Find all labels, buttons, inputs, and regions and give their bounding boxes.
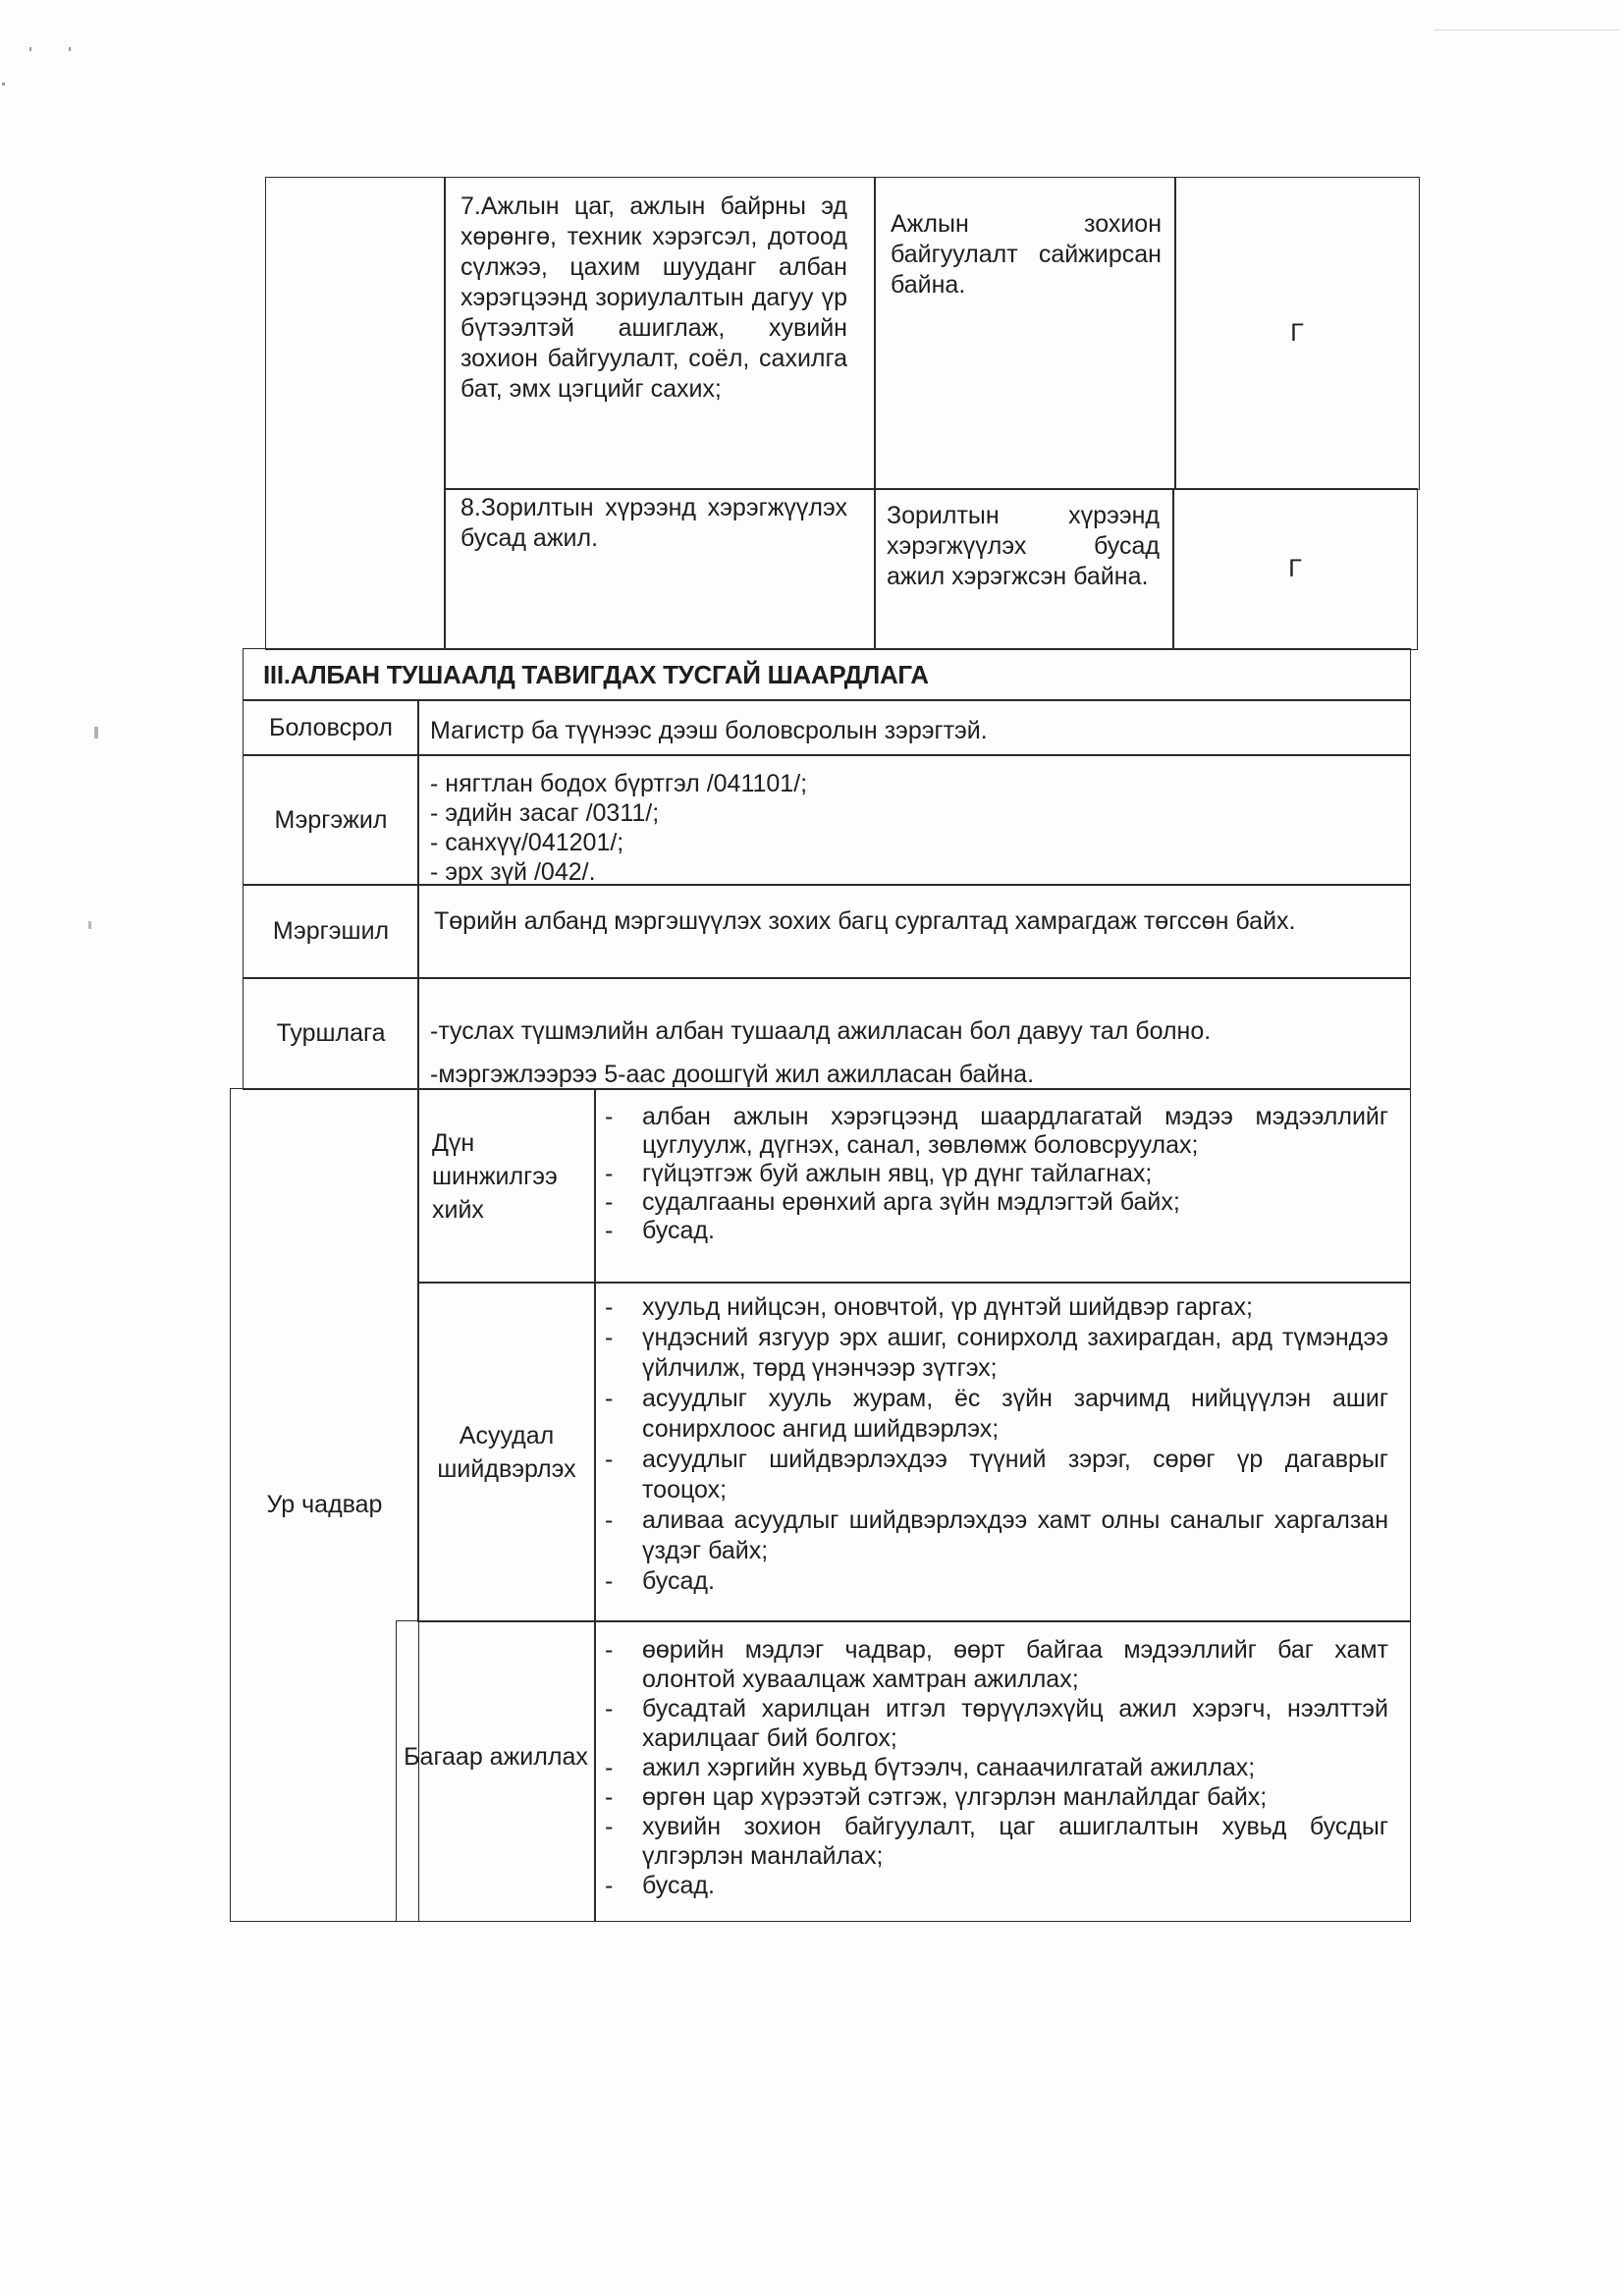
skill-item: өргөн цар хүрээтэй сэтгэж, үлгэрлэн манл… <box>595 1782 1388 1812</box>
skill-group-problem-solving-label: Асуудал шийдвэрлэх <box>417 1282 596 1622</box>
skill-item: бусад. <box>595 1217 1388 1245</box>
section-3-heading-cell: III.АЛБАН ТУШААЛД ТАВИГДАХ ТУСГАЙ ШААРДЛ… <box>243 648 1411 701</box>
scan-speck <box>29 47 31 51</box>
experience-label: Туршлага <box>243 977 419 1090</box>
skill-item: бусадтай харилцан итгэл төрүүлэхүйц ажил… <box>595 1694 1388 1753</box>
skill-item: үндэсний язгуур эрх ашиг, сонирхолд захи… <box>595 1323 1388 1384</box>
skill-group-analysis-label: Дүн шинжилгээ хийх <box>417 1088 596 1284</box>
section-3-title: III.АЛБАН ТУШААЛД ТАВИГДАХ ТУСГАЙ ШААРДЛ… <box>263 660 929 690</box>
profession-label: Мэргэжил <box>243 754 419 886</box>
scan-line <box>1434 29 1620 30</box>
skill-item: судалгааны ерөнхий арга зүйн мэдлэгтэй б… <box>595 1188 1388 1217</box>
scan-speck <box>69 47 71 51</box>
profession-item: - эрх зүй /042/. <box>430 857 1398 887</box>
experience-list: -туслах түшмэлийн албан тушаалд ажилласа… <box>417 977 1411 1090</box>
duty-result-8: Зорилтын хүрээнд хэрэгжүүлэх бусад ажил … <box>874 488 1174 650</box>
duty-task-8: 8.Зорилтын хүрээнд хэрэгжүүлэх бусад ажи… <box>444 488 876 650</box>
profession-item: - нягтлан бодох бүртгэл /041101/; <box>430 769 1398 798</box>
scan-speck <box>88 921 91 929</box>
skill-group-teamwork-label: Багаар ажиллах <box>396 1620 596 1922</box>
skill-item: өөрийн мэдлэг чадвар, өөрт байгаа мэдээл… <box>595 1635 1388 1694</box>
skill-item: албан ажлын хэрэгцээнд шаардлагатай мэдэ… <box>595 1103 1388 1160</box>
skill-item: бусад. <box>595 1871 1388 1900</box>
duty-grade-8: Г <box>1172 488 1418 650</box>
qualification-value: Төрийн албанд мэргэшүүлэх зохих багц сур… <box>417 884 1411 979</box>
qualification-label: Мэргэшил <box>243 884 419 979</box>
skill-item: асуудлыг хууль журам, ёс зүйн зарчимд ни… <box>595 1384 1388 1445</box>
skill-item: бусад. <box>595 1566 1388 1597</box>
skills-label: Ур чадвар <box>230 1088 419 1922</box>
duty-result-7: Ажлын зохион байгуулалт сайжирсан байна. <box>874 177 1176 490</box>
skill-group-analysis-items: албан ажлын хэрэгцээнд шаардлагатай мэдэ… <box>594 1088 1411 1284</box>
skill-item: хувийн зохион байгуулалт, цаг ашиглалтын… <box>595 1812 1388 1871</box>
skill-item: аливаа асуудлыг шийдвэрлэхдээ хамт олны … <box>595 1505 1388 1566</box>
skill-item: ажил хэргийн хувьд бүтээлч, санаачилгата… <box>595 1753 1388 1782</box>
education-label: Боловсрол <box>243 699 419 756</box>
duty-blank-column <box>265 177 446 650</box>
scan-speck <box>94 727 98 738</box>
skill-item: гүйцэтгэж буй ажлын явц, үр дүнг тайлагн… <box>595 1160 1388 1188</box>
duty-grade-7: Г <box>1174 177 1420 490</box>
experience-item: -туслах түшмэлийн албан тушаалд ажилласа… <box>430 1010 1398 1053</box>
skill-item: асуудлыг шийдвэрлэхдээ түүний зэрэг, сөр… <box>595 1445 1388 1505</box>
scan-speck <box>2 82 5 85</box>
profession-item: - санхүү/041201/; <box>430 828 1398 857</box>
skill-group-problem-solving-items: хуульд нийцсэн, оновчтой, үр дүнтэй шийд… <box>594 1282 1411 1622</box>
skill-item: хуульд нийцсэн, оновчтой, үр дүнтэй шийд… <box>595 1292 1388 1323</box>
education-value: Магистр ба түүнээс дээш боловсролын зэрэ… <box>417 699 1411 756</box>
profession-item: - эдийн засаг /0311/; <box>430 798 1398 828</box>
duty-task-7: 7.Ажлын цаг, ажлын байрны эд хөрөнгө, те… <box>444 177 876 490</box>
profession-list: - нягтлан бодох бүртгэл /041101/; - эдий… <box>417 754 1411 886</box>
skill-group-teamwork-items: өөрийн мэдлэг чадвар, өөрт байгаа мэдээл… <box>594 1620 1411 1922</box>
